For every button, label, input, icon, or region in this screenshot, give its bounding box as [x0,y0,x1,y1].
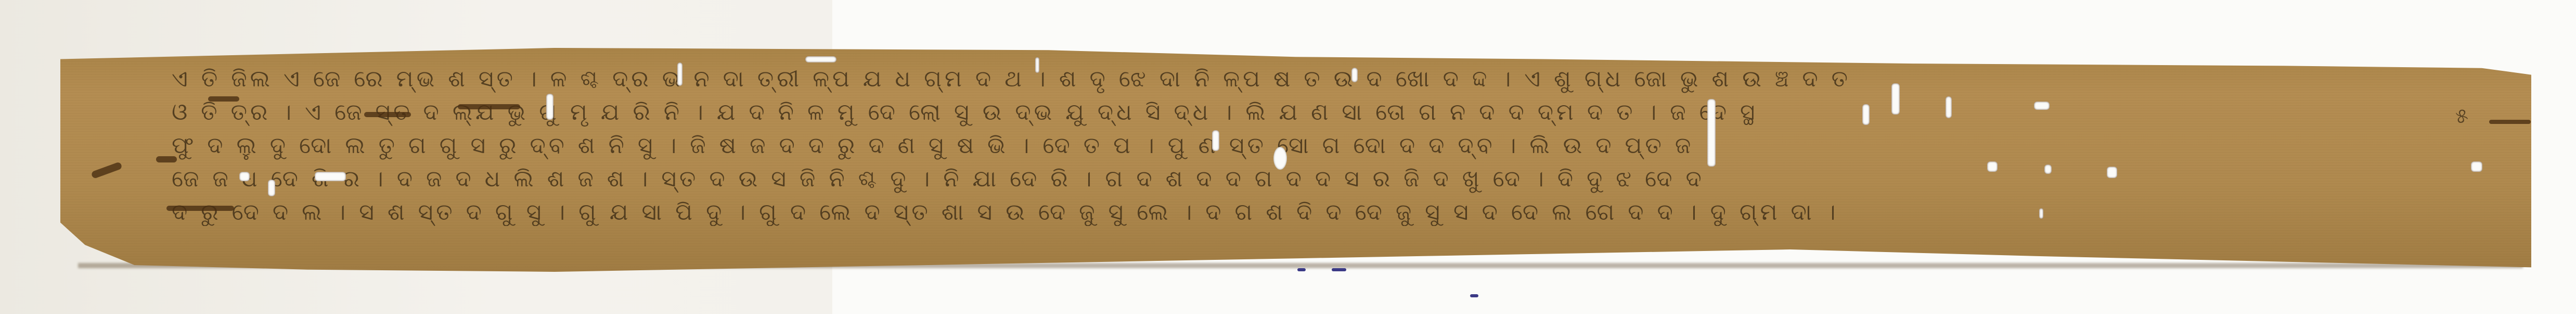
worm-hole [268,180,275,196]
worm-hole [315,172,346,181]
manuscript-line-5: ଦ ରୁ ଦେ ଦ ଲ । ସ ଶ ସ୍ତ ଦ ଗୁ ସୁ । ଗୁ ଯ ସା … [172,196,2408,229]
blue-ink-mark [1297,268,1306,271]
worm-hole [2039,208,2043,219]
worm-hole [1946,96,1952,118]
worm-hole [1212,130,1219,151]
margin-glyph: ୫ [2455,104,2468,128]
worm-hole [1035,57,1039,73]
worm-hole [805,56,836,62]
worm-hole [2107,167,2117,178]
worm-hole [1707,99,1716,167]
blue-ink-mark [1470,294,1478,297]
manuscript-text: ଏ ତି ଜିଲ ଏ ଜେ ରେ ମ୍ଭ ଶ ସ୍ତ । ଳ ଶ୍ଚ ଦ୍ର ଭ… [172,62,2408,229]
worm-hole [239,172,250,181]
manuscript-line-4: ଜେ ଜ ଧ ଦେ ଶି ର । ଦ ଜ ଦ ଧ ଲି ଶ ଜ ଶ । ସ୍ତ … [172,162,2408,196]
worm-hole [1862,104,1870,125]
worm-hole [2044,165,2052,174]
worm-hole [1891,83,1900,115]
worm-hole [1351,68,1358,82]
insect-track [364,112,411,117]
insect-track [166,206,234,211]
insect-track [208,96,239,102]
manuscript-line-1: ଏ ତି ଜିଲ ଏ ଜେ ରେ ମ୍ଭ ଶ ସ୍ତ । ଳ ଶ୍ଚ ଦ୍ର ଭ… [172,62,2408,96]
insect-track [458,104,520,109]
insect-track [2489,120,2531,124]
worm-hole [2471,161,2482,172]
blue-ink-mark [1332,268,1346,271]
worm-hole [1987,161,1998,172]
worm-hole [2034,102,2050,110]
binding-hole [1273,147,1287,170]
worm-hole [677,62,682,86]
manuscript-line-2: ଓ ତି ତ୍ର । ଏ ଜେ ସ୍ତ ଦ ଲ୍ଯ ଭୁ ଗୁ ମୃ ଯ ରି … [172,96,2408,129]
insect-track [156,156,177,162]
worm-hole [546,94,553,120]
manuscript-line-3: ଫୁ ଦ ଲୁ ଦୁ ଦୋ ଲ ତୁ ଗ ଗୁ ସ ରୁ ଦ୍ବ ଶ ନି ସୁ… [172,129,2408,162]
